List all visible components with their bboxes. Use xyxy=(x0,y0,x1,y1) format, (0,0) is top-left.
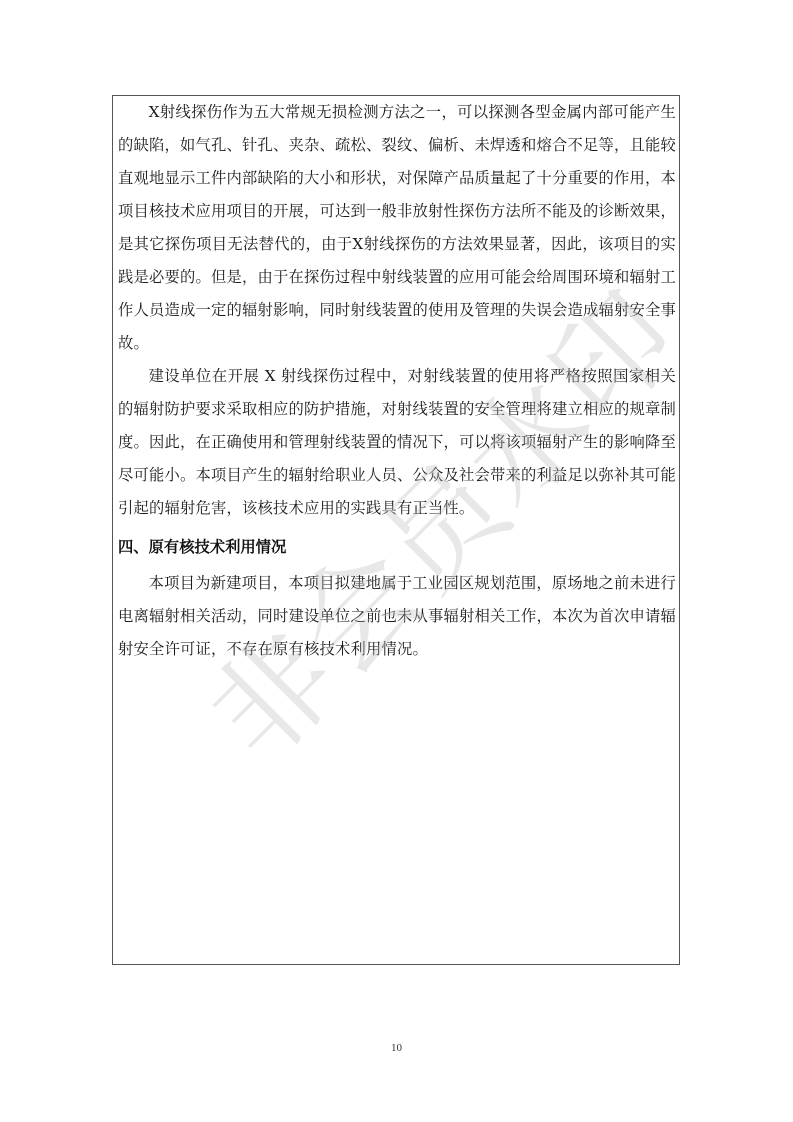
content-table-cell: X射线探伤作为五大常规无损检测方法之一，可以探测各型金属内部可能产生的缺陷，如气… xyxy=(112,95,680,965)
document-page: X射线探伤作为五大常规无损检测方法之一，可以探测各型金属内部可能产生的缺陷，如气… xyxy=(0,0,793,1122)
page-number: 10 xyxy=(0,1042,793,1054)
paragraph-justification-necessity: X射线探伤作为五大常规无损检测方法之一，可以探测各型金属内部可能产生的缺陷，如气… xyxy=(118,96,676,360)
text-area: X射线探伤作为五大常规无损检测方法之一，可以探测各型金属内部可能产生的缺陷，如气… xyxy=(118,96,676,666)
paragraph-existing-nuclear-tech: 本项目为新建项目，本项目拟建地属于工业园区规划范围，原场地之前未进行电离辐射相关… xyxy=(118,567,676,666)
paragraph-justification-safety-measures: 建设单位在开展 X 射线探伤过程中，对射线装置的使用将严格按照国家相关的辐射防护… xyxy=(118,360,676,525)
section-heading-existing-nuclear-tech: 四、原有核技术利用情况 xyxy=(118,531,676,564)
